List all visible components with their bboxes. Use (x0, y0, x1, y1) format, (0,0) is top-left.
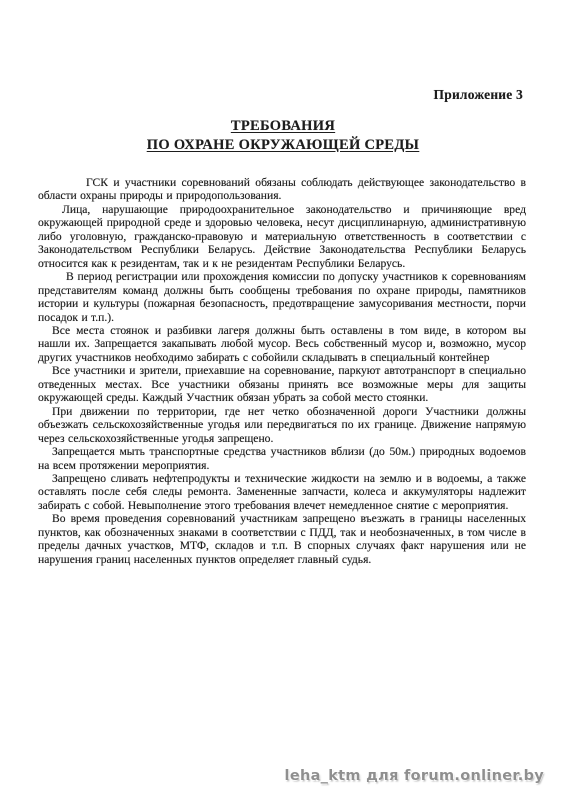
watermark: leha_ktm для forum.onliner.by (285, 768, 544, 784)
document-title-line2: ПО ОХРАНЕ ОКРУЖАЮЩЕЙ СРЕДЫ (147, 137, 419, 153)
paragraph: ГСК и участники соревнований обязаны соб… (38, 176, 526, 203)
paragraph: В период регистрации или прохождения ком… (38, 270, 526, 324)
paragraph: Запрещено сливать нефтепродукты и технич… (38, 472, 526, 512)
paragraph: При движении по территории, где нет четк… (38, 405, 526, 445)
document-page: Приложение 3 ТРЕБОВАНИЯ ПО ОХРАНЕ ОКРУЖА… (0, 0, 566, 800)
paragraph: Лица, нарушающие природоохранительное за… (38, 203, 526, 270)
document-body: ГСК и участники соревнований обязаны соб… (38, 176, 526, 566)
paragraph: Все места стоянок и разбивки лагеря долж… (38, 324, 526, 364)
paragraph: Все участники и зрители, приехавшие на с… (38, 364, 526, 404)
paragraph: Запрещается мыть транспортные средства у… (38, 445, 526, 472)
document-title: ТРЕБОВАНИЯ ПО ОХРАНЕ ОКРУЖАЮЩЕЙ СРЕДЫ (0, 117, 566, 154)
appendix-label: Приложение 3 (434, 87, 523, 103)
document-title-line1: ТРЕБОВАНИЯ (231, 118, 335, 134)
paragraph: Во время проведения соревнований участни… (38, 512, 526, 566)
